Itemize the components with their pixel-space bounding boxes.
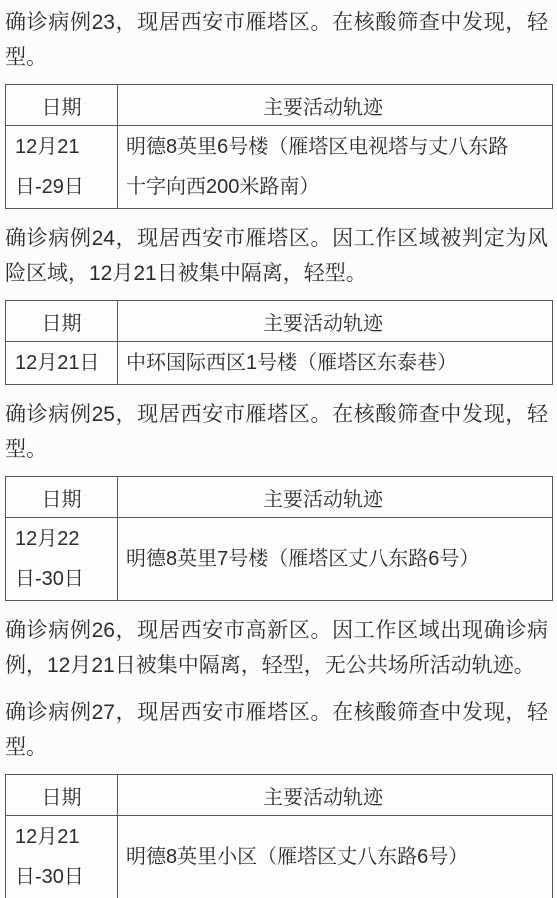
case-23-activity-table: 日期 主要活动轨迹 12月21日-29日 明德8英里6号楼（雁塔区电视塔与丈八东… <box>5 84 553 209</box>
case-25-activity-table: 日期 主要活动轨迹 12月22日-30日 明德8英里7号楼（雁塔区丈八东路6号） <box>5 476 553 601</box>
activity-cell: 明德8英里7号楼（雁塔区丈八东路6号） <box>118 518 553 601</box>
case-24-paragraph: 确诊病例24，现居西安市雁塔区。因工作区域被判定为风险区域，12月21日被集中隔… <box>5 221 548 291</box>
activity-cell: 明德8英里6号楼（雁塔区电视塔与丈八东路十字向西200米路南） <box>118 126 553 209</box>
case-bulletin-document: 确诊病例23，现居西安市雁塔区。在核酸筛查中发现，轻型。 日期 主要活动轨迹 1… <box>0 0 557 898</box>
activity-column-header: 主要活动轨迹 <box>118 477 553 518</box>
table-row: 12月22日-30日 明德8英里7号楼（雁塔区丈八东路6号） <box>6 518 553 601</box>
table-row: 12月21日 中环国际西区1号楼（雁塔区东泰巷） <box>6 342 553 385</box>
activity-column-header: 主要活动轨迹 <box>118 301 553 342</box>
table-row: 12月21日-30日 明德8英里小区（雁塔区丈八东路6号） <box>6 816 553 898</box>
date-column-header: 日期 <box>6 85 118 126</box>
case-23-paragraph: 确诊病例23，现居西安市雁塔区。在核酸筛查中发现，轻型。 <box>5 5 548 75</box>
activity-cell: 明德8英里小区（雁塔区丈八东路6号） <box>118 816 553 898</box>
case-25-paragraph: 确诊病例25，现居西安市雁塔区。在核酸筛查中发现，轻型。 <box>5 397 548 467</box>
date-cell: 12月21日 <box>6 342 118 385</box>
case-26-paragraph: 确诊病例26，现居西安市高新区。因工作区域出现确诊病例，12月21日被集中隔离，… <box>5 613 548 683</box>
table-header-row: 日期 主要活动轨迹 <box>6 477 553 518</box>
table-header-row: 日期 主要活动轨迹 <box>6 775 553 816</box>
date-column-header: 日期 <box>6 775 118 816</box>
table-header-row: 日期 主要活动轨迹 <box>6 85 553 126</box>
case-27-paragraph: 确诊病例27，现居西安市雁塔区。在核酸筛查中发现，轻型。 <box>5 695 548 765</box>
activity-column-header: 主要活动轨迹 <box>118 85 553 126</box>
date-column-header: 日期 <box>6 301 118 342</box>
table-header-row: 日期 主要活动轨迹 <box>6 301 553 342</box>
table-row: 12月21日-29日 明德8英里6号楼（雁塔区电视塔与丈八东路十字向西200米路… <box>6 126 553 209</box>
activity-cell: 中环国际西区1号楼（雁塔区东泰巷） <box>118 342 553 385</box>
date-column-header: 日期 <box>6 477 118 518</box>
date-cell: 12月21日-30日 <box>6 816 118 898</box>
case-27-activity-table: 日期 主要活动轨迹 12月21日-30日 明德8英里小区（雁塔区丈八东路6号） <box>5 774 553 898</box>
activity-column-header: 主要活动轨迹 <box>118 775 553 816</box>
case-24-activity-table: 日期 主要活动轨迹 12月21日 中环国际西区1号楼（雁塔区东泰巷） <box>5 300 553 385</box>
date-cell: 12月22日-30日 <box>6 518 118 601</box>
date-cell: 12月21日-29日 <box>6 126 118 209</box>
